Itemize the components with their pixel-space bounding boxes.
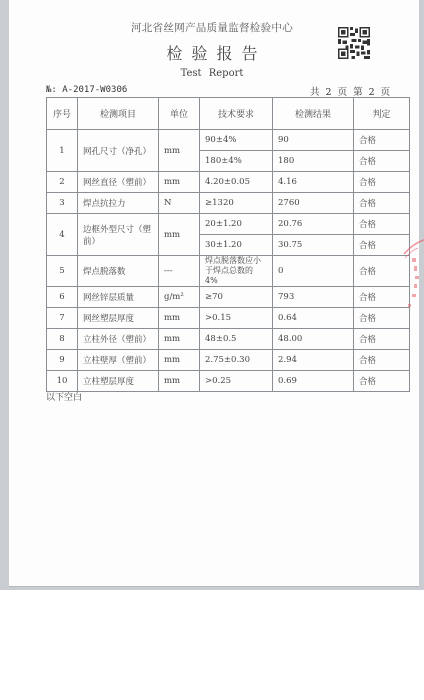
cell-no: 4 <box>47 214 78 256</box>
cell-item: 网丝锌层质量 <box>78 287 159 308</box>
cell-result: 90 <box>273 130 354 151</box>
table-row: 7 网丝塑层厚度 mm >0.15 0.64 合格 <box>47 308 410 329</box>
column-header-item: 检测项目 <box>78 98 159 130</box>
cell-unit: mm <box>159 371 200 392</box>
blank-below-note: 以下空白 <box>46 390 82 403</box>
cell-unit: mm <box>159 172 200 193</box>
table-header-row: 序号 检测项目 单位 技术要求 检测结果 判定 <box>47 98 410 130</box>
cell-judgement: 合格 <box>354 371 410 392</box>
cell-result: 48.00 <box>273 329 354 350</box>
cell-unit: g/m² <box>159 287 200 308</box>
cell-item: 边框外型尺寸（塑前） <box>78 214 159 256</box>
table-row: 5 焊点脱落数 --- 焊点脱落数应小于焊点总数的 4% 0 合格 <box>47 256 410 287</box>
cell-result: 30.75 <box>273 235 354 256</box>
cell-judgement: 合格 <box>354 235 410 256</box>
report-number: №: A-2017-W0306 <box>46 85 127 95</box>
cell-no: 7 <box>47 308 78 329</box>
table-row: 4 边框外型尺寸（塑前） mm 20±1.20 20.76 合格 <box>47 214 410 235</box>
cell-unit: mm <box>159 350 200 371</box>
cell-result: 0.69 <box>273 371 354 392</box>
cell-item: 焊点抗拉力 <box>78 193 159 214</box>
cell-requirement: 4.20±0.05 <box>200 172 273 193</box>
cell-judgement: 合格 <box>354 308 410 329</box>
cell-no: 3 <box>47 193 78 214</box>
column-header-result: 检测结果 <box>273 98 354 130</box>
test-results-table: 序号 检测项目 单位 技术要求 检测结果 判定 1 网孔尺寸（净孔） mm 90… <box>46 97 410 392</box>
table-row: 2 网丝直径（塑前） mm 4.20±0.05 4.16 合格 <box>47 172 410 193</box>
cell-result: 2.94 <box>273 350 354 371</box>
cell-requirement: 30±1.20 <box>200 235 273 256</box>
table-row: 6 网丝锌层质量 g/m² ≥70 793 合格 <box>47 287 410 308</box>
cell-requirement: >0.15 <box>200 308 273 329</box>
cell-judgement: 合格 <box>354 287 410 308</box>
cell-result: 180 <box>273 151 354 172</box>
cell-no: 10 <box>47 371 78 392</box>
page-indicator: 共 2 页 第 2 页 <box>310 84 392 98</box>
cell-requirement: 90±4% <box>200 130 273 151</box>
cell-requirement: >0.25 <box>200 371 273 392</box>
table-row: 9 立柱壁厚（塑前） mm 2.75±0.30 2.94 合格 <box>47 350 410 371</box>
cell-judgement: 合格 <box>354 130 410 151</box>
column-header-judgement: 判定 <box>354 98 410 130</box>
cell-judgement: 合格 <box>354 256 410 287</box>
cell-no: 5 <box>47 256 78 287</box>
cell-no: 2 <box>47 172 78 193</box>
cell-requirement: 20±1.20 <box>200 214 273 235</box>
cell-item: 立柱外径（塑前） <box>78 329 159 350</box>
qr-code-icon <box>338 27 370 59</box>
cell-item: 网丝塑层厚度 <box>78 308 159 329</box>
cell-judgement: 合格 <box>354 329 410 350</box>
cell-requirement: 48±0.5 <box>200 329 273 350</box>
cell-result: 0.64 <box>273 308 354 329</box>
cell-no: 1 <box>47 130 78 172</box>
table-row: 3 焊点抗拉力 N ≥1320 2760 合格 <box>47 193 410 214</box>
cell-result: 4.16 <box>273 172 354 193</box>
cell-item: 焊点脱落数 <box>78 256 159 287</box>
cell-unit: mm <box>159 130 200 172</box>
cell-judgement: 合格 <box>354 172 410 193</box>
cell-judgement: 合格 <box>354 214 410 235</box>
cell-result: 20.76 <box>273 214 354 235</box>
column-header-no: 序号 <box>47 98 78 130</box>
cell-judgement: 合格 <box>354 350 410 371</box>
cell-judgement: 合格 <box>354 193 410 214</box>
cell-requirement: 2.75±0.30 <box>200 350 273 371</box>
cell-item: 立柱塑层厚度 <box>78 371 159 392</box>
cell-result: 2760 <box>273 193 354 214</box>
table-row: 10 立柱塑层厚度 mm >0.25 0.69 合格 <box>47 371 410 392</box>
cell-requirement: 焊点脱落数应小于焊点总数的 4% <box>200 256 273 287</box>
cell-requirement: ≥1320 <box>200 193 273 214</box>
cell-unit: N <box>159 193 200 214</box>
cell-item: 立柱壁厚（塑前） <box>78 350 159 371</box>
cell-unit: mm <box>159 329 200 350</box>
cell-no: 9 <box>47 350 78 371</box>
cell-unit: mm <box>159 214 200 256</box>
cell-item: 网孔尺寸（净孔） <box>78 130 159 172</box>
cell-item: 网丝直径（塑前） <box>78 172 159 193</box>
cell-no: 8 <box>47 329 78 350</box>
cell-result: 793 <box>273 287 354 308</box>
column-header-unit: 单位 <box>159 98 200 130</box>
cell-unit: --- <box>159 256 200 287</box>
column-header-requirement: 技术要求 <box>200 98 273 130</box>
cell-judgement: 合格 <box>354 151 410 172</box>
cell-requirement: 180±4% <box>200 151 273 172</box>
cell-requirement: ≥70 <box>200 287 273 308</box>
table-row: 8 立柱外径（塑前） mm 48±0.5 48.00 合格 <box>47 329 410 350</box>
cell-result: 0 <box>273 256 354 287</box>
cell-unit: mm <box>159 308 200 329</box>
report-subtitle: Test Report <box>0 68 424 79</box>
cell-no: 6 <box>47 287 78 308</box>
table-row: 1 网孔尺寸（净孔） mm 90±4% 90 合格 <box>47 130 410 151</box>
